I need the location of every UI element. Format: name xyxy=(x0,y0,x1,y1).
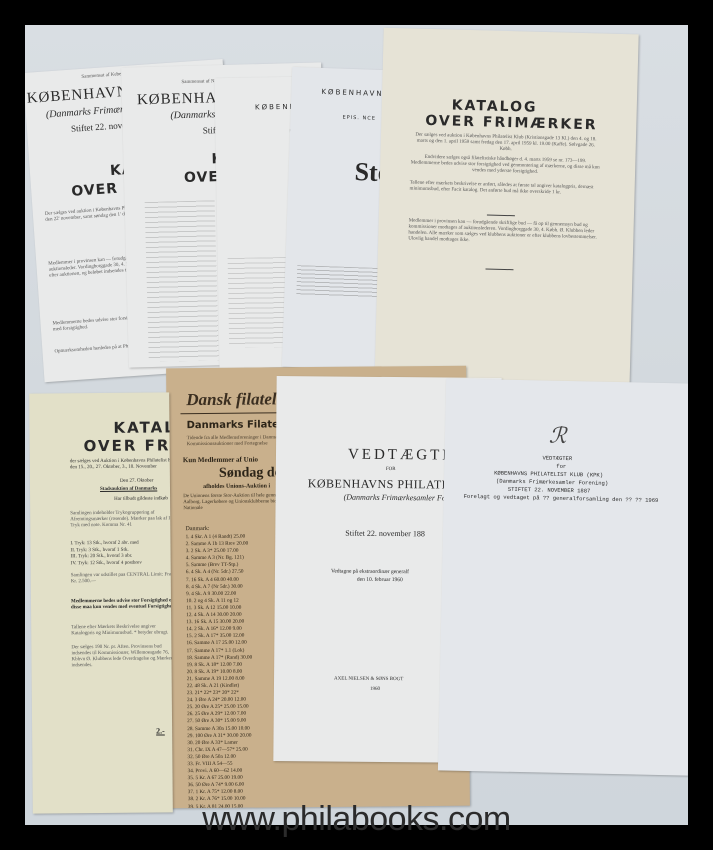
doc2-header-small: Sammensat af Ny xyxy=(181,79,217,85)
doc6-body5: Tallene efter Mærkets Beskrivelse angive… xyxy=(71,624,173,637)
doc6-body3: Samlingen var udstillet paa CENTRAL Limi… xyxy=(71,572,173,585)
doc6-page-marker: 2.- xyxy=(156,726,165,735)
doc3-body-text xyxy=(228,257,290,348)
doc8-founded: Stiftet 22. november 188 xyxy=(345,529,425,539)
doc6-lot-list: I. Tryk: 13 Stk., hvoraf 2 abr. medII. T… xyxy=(70,540,172,567)
doc6-title-line2: OVER FRI xyxy=(84,436,173,455)
document-vedtaegter-typed: ℛ VEDTÆGTER for KØBENHAVNS PHILATELIST K… xyxy=(438,378,688,775)
doc8-club-name: KØBENHAVNS PHILATEL xyxy=(308,476,458,492)
doc4-club-name: KØBENHAVNS xyxy=(321,88,390,98)
lot-entry: IV. Tryk: 12 Stk., hvoraf 4 postbrev xyxy=(71,560,173,567)
doc6-date-line: Den 27. Oktober xyxy=(120,479,154,484)
doc7-list-heading: Danmark: xyxy=(185,526,209,532)
doc6-body2: Samlingen indeholder Trykogruppering af … xyxy=(70,510,173,529)
doc5-body2: Endvidere sælges også filatelistiske hån… xyxy=(410,154,600,177)
doc6-note: Har tilbudt gildeste indkøb xyxy=(114,496,168,501)
doc6-body6: Der sælges 190 Nr. pr. Aften. Provinsens… xyxy=(71,644,172,669)
doc9-adopted: Forelagt og vedtaget på ?? generalforsam… xyxy=(464,493,659,504)
document-katalog-over-frimaerker: KATALOG OVER FRIMÆRKER Der sælges ved au… xyxy=(374,28,638,397)
photo-backdrop: Sammensat af Kebenhavns Philatelist Klub… xyxy=(25,25,688,825)
doc5-title-line2: OVER FRIMÆRKER xyxy=(425,113,598,134)
doc5-divider-1 xyxy=(487,214,515,216)
watermark-url: www.philabooks.com xyxy=(0,800,713,839)
doc8-adopted-line2: den 10. februar 1960 xyxy=(357,577,403,583)
doc6-title-line1: KATAL xyxy=(113,418,172,437)
doc8-subtitle: (Danmarks Frimærkesamler For xyxy=(344,493,449,503)
doc6-body1: der sælges ved Auktion i Københavns Phil… xyxy=(70,458,173,471)
doc5-divider-2 xyxy=(485,268,513,270)
doc4-sub: EPIS. NCE xyxy=(342,115,376,122)
doc5-body4: Medlemmer i provinsen kan — forudgående … xyxy=(408,218,599,247)
doc8-printer: AXEL NIELSEN & SØNS BOGT xyxy=(334,677,403,683)
doc8-for: FOR xyxy=(386,467,396,472)
document-katalog-bottom-left: KATAL OVER FRI der sælges ved Auktion i … xyxy=(29,392,173,813)
doc7-auction: afholdes Unions-Auktion i xyxy=(203,483,270,490)
doc6-collection: Stadsauktion af Danmarks xyxy=(100,487,157,492)
doc6-body4: Medlemmerne bedes udvise stor Forsigtigh… xyxy=(71,598,173,611)
doc7-members: Kun Medlemmer af Unio xyxy=(183,456,258,465)
doc9-title: VEDTÆGTER xyxy=(542,454,572,462)
doc8-title: VEDTÆGTE xyxy=(348,447,455,465)
doc8-year: 1960 xyxy=(370,687,380,692)
doc5-body1: Der sælges ved auktion i Københavns Phil… xyxy=(411,132,601,155)
doc8-adopted-line1: Vedtagne på ekstraordinær generalf xyxy=(331,569,409,576)
doc5-body3: Tallene efter mærkets beskrivelse er anf… xyxy=(409,180,599,197)
kpk-monogram-icon: ℛ xyxy=(549,423,567,449)
doc9-for: for xyxy=(556,463,566,470)
doc2-body-text xyxy=(145,200,219,362)
